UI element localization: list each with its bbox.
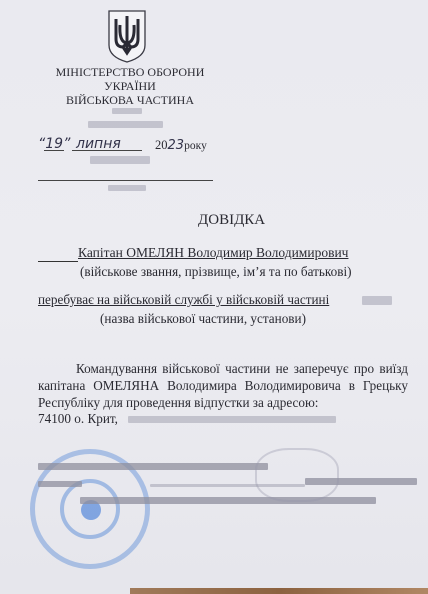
header-country: УКРАЇНИ xyxy=(45,79,215,94)
person-underline-lead xyxy=(38,261,78,262)
redacted-signatory-line-2 xyxy=(38,481,82,487)
redacted-unit-location xyxy=(88,121,163,128)
address-visible: 74100 о. Крит, xyxy=(38,411,118,427)
header-ministry: МІНІСТЕРСТВО ОБОРОНИ xyxy=(45,65,215,80)
redacted-city xyxy=(108,185,146,191)
date-year-suffix: 23 xyxy=(168,138,185,153)
redacted-signatory-line-1 xyxy=(38,463,268,470)
person-value: Капітан ОМЕЛЯН Володимир Володимирович xyxy=(78,245,348,261)
body-text: Командування військової частини не запер… xyxy=(38,361,408,410)
date-year-word: року xyxy=(184,140,207,152)
date-month-underline xyxy=(72,150,142,151)
document-title: ДОВІДКА xyxy=(198,212,265,229)
header-unit: ВІЙСЬКОВА ЧАСТИНА xyxy=(45,93,215,108)
redacted-unit-number xyxy=(112,108,142,114)
service-value: перебуває на військовій службі у військо… xyxy=(38,292,329,308)
signature-scribble xyxy=(255,448,339,502)
body-paragraph: Командування військової частини не запер… xyxy=(38,360,408,411)
document-paper: МІНІСТЕРСТВО ОБОРОНИ УКРАЇНИ ВІЙСЬКОВА Ч… xyxy=(0,0,428,590)
person-caption: (військове звання, прізвище, ім’я та по … xyxy=(80,264,352,280)
date-year: 2023 року xyxy=(155,138,207,153)
redacted-signatory-name xyxy=(80,497,376,504)
service-caption: (назва військової частини, установи) xyxy=(100,311,306,327)
redacted-address xyxy=(128,416,336,423)
table-surface xyxy=(130,588,428,594)
redacted-reference-number xyxy=(90,156,150,164)
tryzub-coat-of-arms-icon xyxy=(107,9,147,63)
redacted-unit-name xyxy=(362,296,392,305)
signature-line xyxy=(38,180,213,181)
date-year-prefix: 20 xyxy=(155,138,168,152)
date-day-underline xyxy=(44,150,64,151)
